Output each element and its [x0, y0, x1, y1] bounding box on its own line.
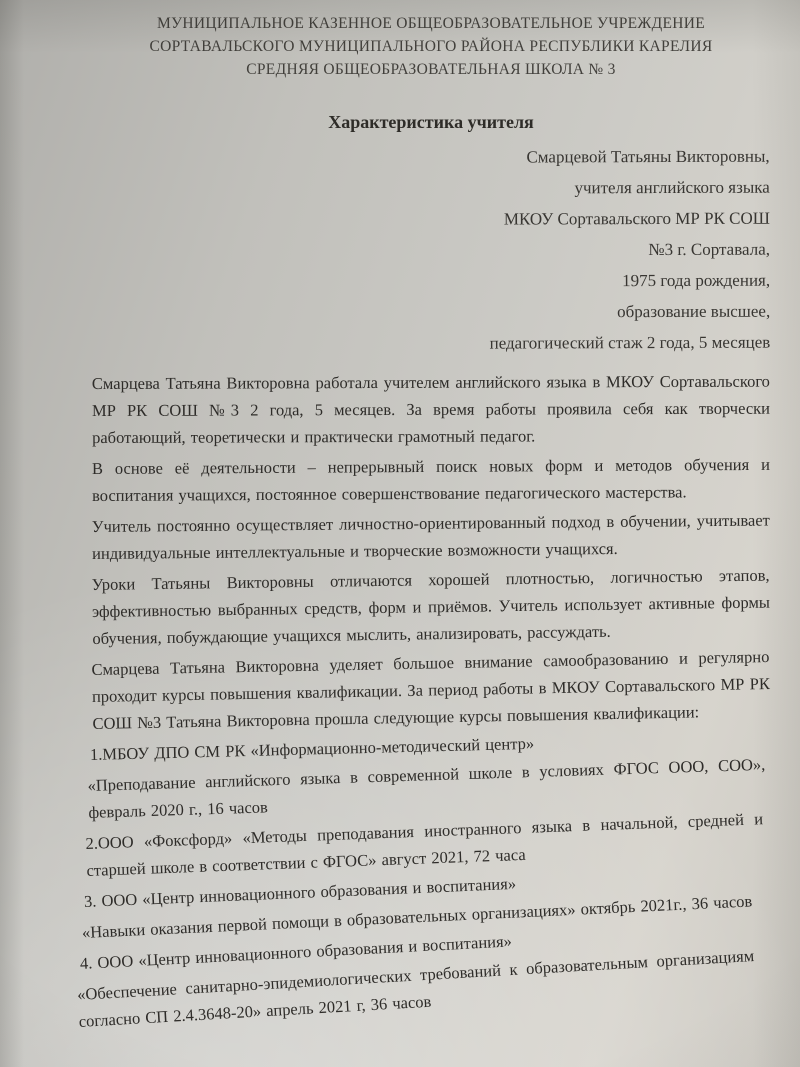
- addressee-line: №3 г. Сортавала,: [92, 234, 770, 267]
- addressee-line: МКОУ Сортавальского МР РК СОШ: [92, 203, 770, 236]
- addressee-line: Смарцевой Татьяны Викторовны,: [92, 141, 770, 174]
- org-name-line: МУНИЦИПАЛЬНОЕ КАЗЕННОЕ ОБЩЕОБРАЗОВАТЕЛЬН…: [92, 12, 770, 35]
- body-paragraph: Смарцева Татьяна Викторовна уделяет боль…: [91, 643, 770, 737]
- org-name-line: СОРТАВАЛЬСКОГО МУНИЦИПАЛЬНОГО РАЙОНА РЕС…: [92, 35, 770, 58]
- org-header: МУНИЦИПАЛЬНОЕ КАЗЕННОЕ ОБЩЕОБРАЗОВАТЕЛЬН…: [92, 12, 770, 81]
- addressee-block: Смарцевой Татьяны Викторовны, учителя ан…: [92, 141, 771, 360]
- body-paragraph: В основе её деятельности – непрерывный п…: [92, 451, 770, 509]
- addressee-line: образование высшее,: [92, 296, 770, 329]
- document-photo: МУНИЦИПАЛЬНОЕ КАЗЕННОЕ ОБЩЕОБРАЗОВАТЕЛЬН…: [0, 0, 800, 1067]
- document-body: Смарцева Татьяна Викторовна работала учи…: [92, 370, 770, 1035]
- document-sheet: МУНИЦИПАЛЬНОЕ КАЗЕННОЕ ОБЩЕОБРАЗОВАТЕЛЬН…: [0, 0, 800, 1067]
- addressee-line: 1975 года рождения,: [92, 265, 770, 298]
- body-paragraph: Уроки Татьяны Викторовны отличаются хоро…: [91, 562, 770, 652]
- addressee-line: учителя английского языка: [92, 172, 770, 205]
- body-paragraph: Смарцева Татьяна Викторовна работала учи…: [92, 368, 770, 451]
- addressee-line: педагогический стаж 2 года, 5 месяцев: [92, 327, 770, 360]
- org-name-line: СРЕДНЯЯ ОБЩЕОБРАЗОВАТЕЛЬНАЯ ШКОЛА № 3: [92, 58, 770, 81]
- document-title: Характеристика учителя: [92, 107, 770, 137]
- body-paragraph: Учитель постоянно осуществляет личностно…: [92, 506, 770, 567]
